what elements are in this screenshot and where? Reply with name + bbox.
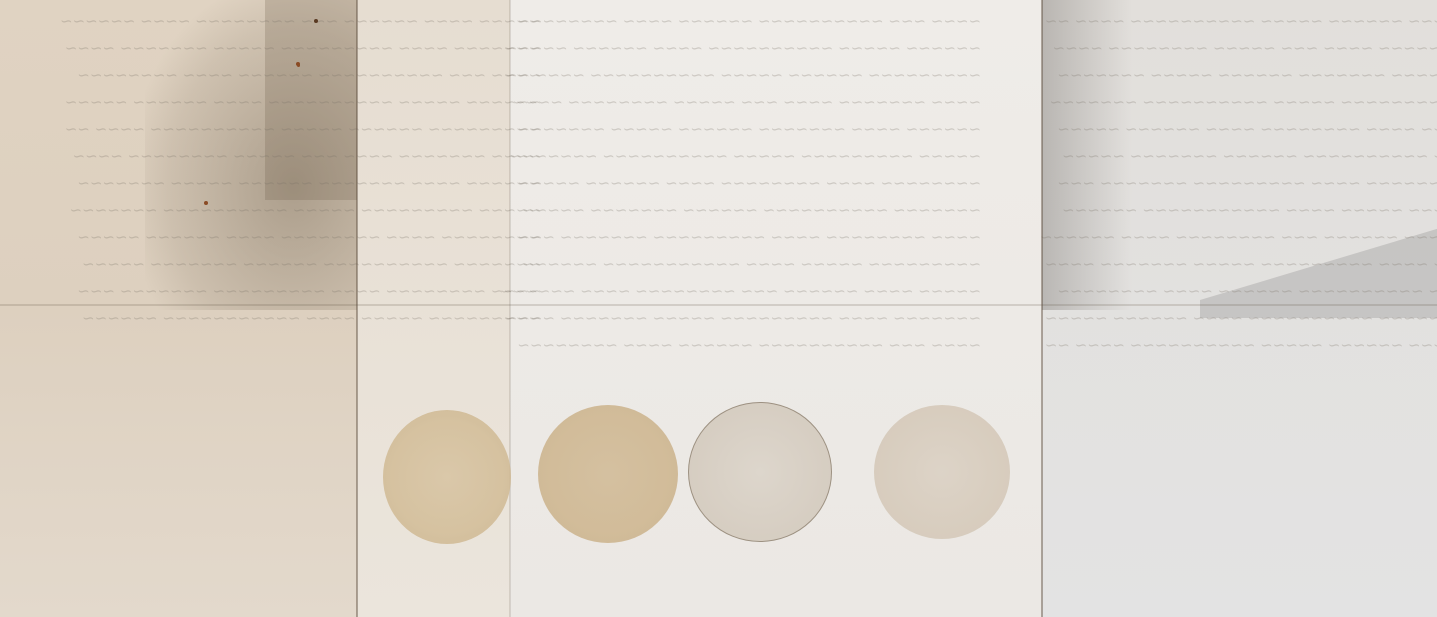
handwriting-line: ~~~~~ ~~~~ ~~~~~~ ~~~ ~~~~~~~~ ~~~~ ~~~~… — [500, 278, 981, 305]
show-through-handwriting: ~~~~~ ~~~~ ~~~~~~ ~~~ ~~~~~~~~ ~~~~ ~~~~… — [60, 8, 541, 332]
handwriting-line: ~~~~~ ~~~~ ~~~~~~ ~~~ ~~~~~~~~ ~~~~ ~~~~… — [1040, 224, 1437, 251]
handwriting-line: ~~~~ ~~~ ~~~~~~~~~~ ~~~~~~ ~~~~ ~~~~~~~~ — [60, 62, 541, 89]
handwriting-line: ~~~~~~ ~~~~ ~~~~~~~ ~~~~~~ ~~~~~ ~~~~~~~ — [1040, 62, 1437, 89]
handwriting-line: ~~~~~~~~ ~~~~ ~~~~~~~~ ~~~~ ~~~~~~ ~~~~~ — [60, 224, 541, 251]
handwriting-line: ~~~~~~ ~~~~~ ~~~~~~~~~~ ~~~~ ~~~~~~ ~~~~… — [1040, 305, 1437, 332]
handwriting-line: ~~~~~ ~~~~~~~~~ ~~~~~ ~~~~~~~~~~ ~~~~~~~ — [60, 197, 541, 224]
handwriting-line: ~~~~~~~~~ ~~~~~ ~~~~ ~~~~~~~~~~~ ~~~~~~ — [500, 251, 981, 278]
handwriting-line: ~~~~~~~~~ ~~~~~ ~~~~ ~~~~~~~~~~~ ~~~~~~ — [1040, 197, 1437, 224]
handwriting-line: ~~~~~~~~~ ~~~~~ ~~~~ ~~~~~~~~~~~ ~~~~~~ — [60, 305, 541, 332]
rust-spot — [314, 19, 318, 23]
handwriting-line: ~~~~~~~~~ ~~~~~~ ~~~~~ ~~~~~~~~~~ ~~~~ ~… — [60, 116, 541, 143]
handwriting-line: ~~~~~~~ ~~~~ ~~~~~~~~~ ~~~~~ ~~~~~~~ ~~~… — [60, 35, 541, 62]
fold-line-horizontal — [0, 304, 1437, 306]
handwriting-line: ~~~~~~~ ~~~~ ~~~~~~~~~ ~~~~~ ~~~~~~~ ~~~… — [500, 305, 981, 332]
fold-line-vertical — [356, 0, 358, 617]
handwriting-line: ~~~~ ~~~ ~~~~~~~~~~ ~~~~~~ ~~~~ ~~~~~~~~ — [1040, 278, 1437, 305]
handwriting-line: ~~~~~ ~~~~~~~~~ ~~~~~ ~~~~~~~~~~ ~~~~~~~ — [500, 143, 981, 170]
handwriting-line: ~~~~~~ ~~~~~ ~~~~~~~~~~ ~~~~ ~~~~~~ ~~~~… — [500, 35, 981, 62]
rust-spot — [204, 201, 208, 205]
handwriting-line: ~~~~~~ ~~~~ ~~~~~~~ ~~~~~~ ~~~~~ ~~~~~~~ — [500, 116, 981, 143]
handwriting-line: ~~~~~~~ ~~~~~~~~~~ ~~~~~~ ~~~~~~~ ~~~~~ — [1040, 143, 1437, 170]
seal-stain-2 — [538, 405, 678, 543]
show-through-handwriting-center: ~~~~ ~~~ ~~~~~~~~~~ ~~~~~~ ~~~~ ~~~~~~~~… — [500, 8, 981, 359]
handwriting-line: ~~~~~~~ ~~~~ ~~~~~~~~~ ~~~~~ ~~~~~~~ ~~~… — [1040, 251, 1437, 278]
handwriting-line: ~~~~~ ~~~~ ~~~~~~ ~~~ ~~~~~~~~ ~~~~ ~~~~… — [60, 8, 541, 35]
handwriting-line: ~~~~~~~~ ~~~~ ~~~~~~~~ ~~~~ ~~~~~~ ~~~~~ — [500, 170, 981, 197]
seal-stain-4 — [874, 405, 1010, 539]
handwriting-line: ~~~~ ~~~~~~~ ~~~~ ~~~ ~~~~~ ~~~~~~~~ ~~~… — [60, 143, 541, 170]
handwriting-line: ~~~~ ~~~~~~~~ ~~~~ ~~~~~~~~~ ~~~~~~~ ~~~ — [500, 224, 981, 251]
fold-line-vertical — [509, 0, 511, 617]
handwriting-line: ~~~~ ~~~~~~~~ ~~~~ ~~~~~~~~~ ~~~~~~~ ~~~ — [60, 278, 541, 305]
handwriting-line: ~~~~~~~ ~~~~~~~~~~ ~~~~~~ ~~~~~~~ ~~~~~ — [500, 197, 981, 224]
handwriting-line: ~~~~ ~~~~~~~ ~~~~ ~~~ ~~~~~ ~~~~~~~~ ~~~… — [500, 89, 981, 116]
handwriting-line: ~~~~ ~~~~~~~ ~~~~ ~~~ ~~~~~ ~~~~~~~~ ~~~… — [1040, 35, 1437, 62]
seal-stain-3 — [688, 402, 832, 542]
handwriting-line: ~~~~ ~~~ ~~~~~~~~~~ ~~~~~~ ~~~~ ~~~~~~~~ — [500, 8, 981, 35]
fold-line-vertical — [1041, 0, 1043, 617]
handwriting-line: ~~~~~~~~~ ~~~~~~ ~~~~~ ~~~~~~~~~~ ~~~~ ~… — [1040, 332, 1437, 359]
handwriting-line: ~~~~~~~~~ ~~~~~~ ~~~~~ ~~~~~~~~~~ ~~~~ ~… — [1040, 8, 1437, 35]
handwriting-line: ~~~~~~ ~~~~ ~~~~~~~ ~~~~~~ ~~~~~ ~~~~~~~ — [60, 170, 541, 197]
document-photo: ~~~~~ ~~~~ ~~~~~~ ~~~ ~~~~~~~~ ~~~~ ~~~~… — [0, 0, 1437, 617]
handwriting-line: ~~~~~~~~ ~~~~ ~~~~~~~~ ~~~~ ~~~~~~ ~~~~~ — [1040, 116, 1437, 143]
handwriting-line: ~~~~~~ ~~~~~ ~~~~~~~~~~ ~~~~ ~~~~~~ ~~~~… — [60, 89, 541, 116]
handwriting-line: ~~~~~~~~~ ~~~~~~ ~~~~~ ~~~~~~~~~~ ~~~~ ~… — [500, 62, 981, 89]
handwriting-line: ~~~~~~~ ~~~~~~~~~~ ~~~~~~ ~~~~~~~ ~~~~~ — [60, 251, 541, 278]
handwriting-line: ~~~~~ ~~~~~~~~~ ~~~~~ ~~~~~~~~~~ ~~~~~~~ — [1040, 89, 1437, 116]
seal-stain-1 — [383, 410, 511, 544]
rust-spot — [297, 64, 300, 67]
show-through-handwriting-right: ~~~~~~~~~ ~~~~~~ ~~~~~ ~~~~~~~~~~ ~~~~ ~… — [1040, 8, 1437, 359]
handwriting-line: ~~~~ ~~~ ~~~~~~~~~~ ~~~~~~ ~~~~ ~~~~~~~~ — [500, 332, 981, 359]
handwriting-line: ~~~~ ~~~~~~~~ ~~~~ ~~~~~~~~~ ~~~~~~~ ~~~ — [1040, 170, 1437, 197]
